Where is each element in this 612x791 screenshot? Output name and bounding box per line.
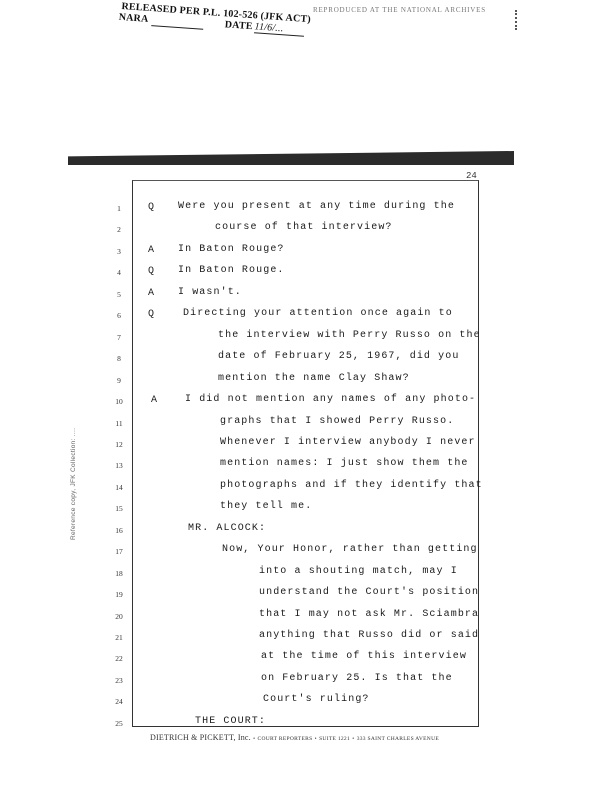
line-number: 11 (110, 419, 128, 428)
line-number: 9 (110, 376, 128, 385)
footer-address: 333 SAINT CHARLES AVENUE (357, 736, 439, 742)
footer-firm: DIETRICH & PICKETT, Inc. (150, 733, 251, 742)
line-number: 10 (110, 397, 128, 406)
transcript-line: I did not mention any names of any photo… (185, 394, 476, 405)
line-number: 7 (110, 333, 128, 342)
transcript-line: mention names: I just show them the (220, 458, 469, 469)
line-number: 5 (110, 290, 128, 299)
transcript-line: course of that interview? (215, 222, 393, 233)
binder-edge (68, 151, 514, 165)
transcript-line: the interview with Perry Russo on the (218, 330, 481, 341)
line-number: 16 (110, 526, 128, 535)
transcript-line: photographs and if they identify that (220, 480, 483, 491)
speaker-marker: A (151, 395, 157, 406)
line-number: 12 (110, 440, 128, 449)
line-number: 20 (110, 612, 128, 621)
transcript-line: Whenever I interview anybody I never (220, 437, 476, 448)
transcript-line: that I may not ask Mr. Sciambra (259, 609, 479, 620)
line-number: 19 (110, 590, 128, 599)
line-number: 13 (110, 461, 128, 470)
transcript-line: on February 25. Is that the (261, 673, 453, 684)
transcript-line: Court's ruling? (263, 694, 370, 705)
speaker-marker: A (148, 288, 154, 299)
speaker-marker: Q (148, 202, 154, 213)
footer-suite: SUITE 1221 (319, 736, 350, 742)
line-number: 3 (110, 247, 128, 256)
transcript-line: THE COURT: (195, 716, 266, 727)
date-value: 11/6/... (254, 21, 305, 36)
reporter-footer: DIETRICH & PICKETT, Inc. • COURT REPORTE… (150, 733, 439, 742)
footer-role: COURT REPORTERS (258, 736, 313, 742)
reference-copy-note: Reference copy, JFK Collection: .... (70, 428, 77, 540)
transcript-line: mention the name Clay Shaw? (218, 373, 410, 384)
transcript-line: Directing your attention once again to (183, 308, 453, 319)
line-number: 6 (110, 311, 128, 320)
speaker-marker: A (148, 245, 154, 256)
transcript-line: into a shouting match, may I (259, 566, 458, 577)
transcript-line: understand the Court's position (259, 587, 479, 598)
line-number: 25 (110, 719, 128, 728)
date-label: DATE (224, 19, 253, 32)
transcript-line: anything that Russo did or said (259, 630, 479, 641)
line-number: 18 (110, 569, 128, 578)
transcript-line: In Baton Rouge? (178, 244, 285, 255)
speaker-marker: Q (148, 309, 154, 320)
line-number: 8 (110, 354, 128, 363)
line-number: 1 (110, 204, 128, 213)
transcript-line: Now, Your Honor, rather than getting (222, 544, 478, 555)
transcript-line: I wasn't. (178, 287, 242, 298)
line-number: 22 (110, 654, 128, 663)
transcript-line: date of February 25, 1967, did you (218, 351, 459, 362)
transcript-line: In Baton Rouge. (178, 265, 285, 276)
transcript-line: graphs that I showed Perry Russo. (220, 416, 454, 427)
speaker-marker: Q (148, 266, 154, 277)
transcript-line: Were you present at any time during the (178, 201, 455, 212)
transcript-line: they tell me. (220, 501, 312, 512)
line-number: 24 (110, 697, 128, 706)
line-number: 15 (110, 504, 128, 513)
line-number: 2 (110, 225, 128, 234)
line-number: 21 (110, 633, 128, 642)
transcript-line: at the time of this interview (261, 651, 467, 662)
transcript-frame (132, 180, 479, 727)
line-number: 17 (110, 547, 128, 556)
archive-header: REPRODUCED AT THE NATIONAL ARCHIVES (313, 6, 486, 14)
nara-signature-line (151, 25, 203, 30)
nara-label: NARA (118, 12, 148, 25)
line-number: 14 (110, 483, 128, 492)
transcript-line: MR. ALCOCK: (188, 523, 266, 534)
scan-specks (515, 10, 521, 30)
line-number: 23 (110, 676, 128, 685)
line-number: 4 (110, 268, 128, 277)
